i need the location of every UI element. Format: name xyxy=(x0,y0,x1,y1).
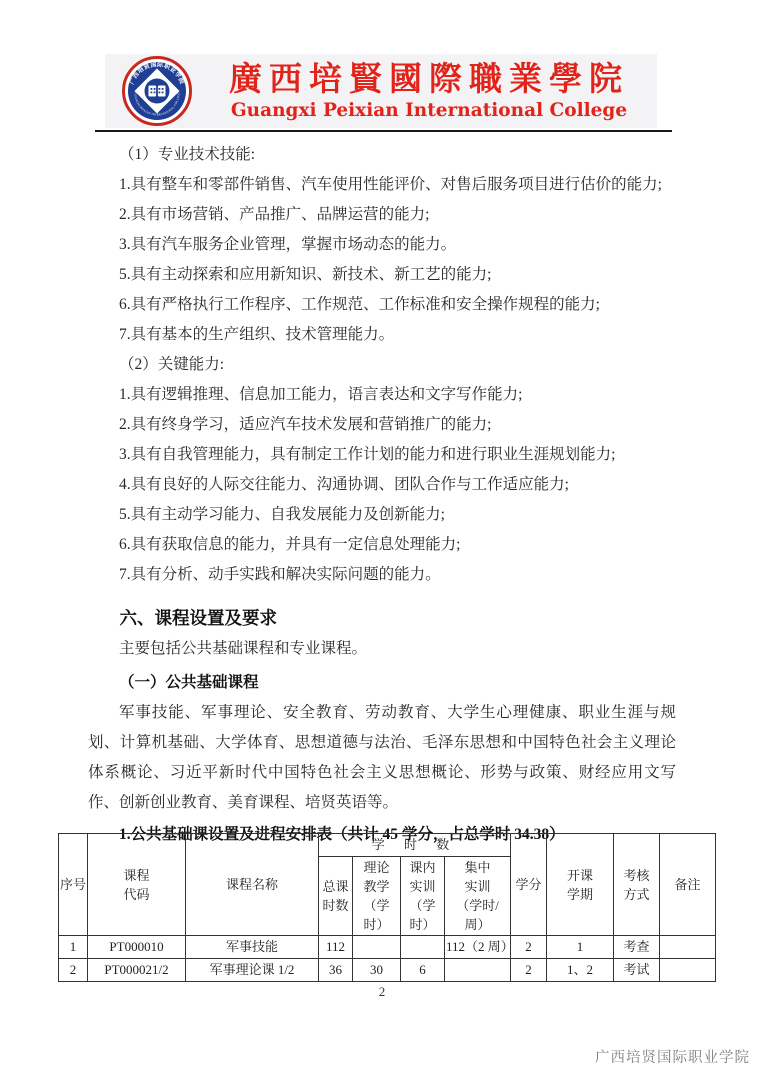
col-header-hours-group: 学 时 数 xyxy=(319,834,511,857)
list-item: 3.具有自我管理能力，具有制定工作计划的能力和进行职业生涯规划能力; xyxy=(88,440,676,470)
cell-remarks xyxy=(660,959,716,982)
col-header-remarks: 备注 xyxy=(660,834,716,936)
course-schedule-table: 序号 课程 代码 课程名称 学 时 数 学分 开课 学期 考核 方式 备注 总课… xyxy=(58,833,716,982)
course-list-paragraph: 军事技能、军事理论、安全教育、劳动教育、大学生心理健康、职业生涯与规划、计算机基… xyxy=(88,698,676,818)
cell-total: 36 xyxy=(319,959,353,982)
col-header-semester: 开课 学期 xyxy=(547,834,614,936)
list-item: 6.具有获取信息的能力，并具有一定信息处理能力; xyxy=(88,530,676,560)
list-item: 6.具有严格执行工作程序、工作规范、工作标准和安全操作规程的能力; xyxy=(88,290,676,320)
document-page: 广西培贤国际职业学院 GUANGXI PEIXIAN INTERNATIONAL… xyxy=(0,0,764,1080)
document-body: （1）专业技术技能: 1.具有整车和零部件销售、汽车使用性能评价、对售后服务项目… xyxy=(88,140,676,850)
college-title-en: Guangxi Peixian International College xyxy=(209,100,649,122)
list-item: 7.具有分析、动手实践和解决实际问题的能力。 xyxy=(88,560,676,590)
section-intro: 主要包括公共基础课程和专业课程。 xyxy=(88,634,676,664)
cell-theory: 30 xyxy=(353,959,401,982)
list-item: 2.具有市场营销、产品推广、品牌运营的能力; xyxy=(88,200,676,230)
cell-no: 1 xyxy=(59,936,88,959)
col-header-concentrated-hours: 集中 实训 （学时/ 周） xyxy=(445,857,511,936)
col-header-inclass-hours: 课内 实训 （学 时） xyxy=(401,857,445,936)
letterhead-banner: 广西培贤国际职业学院 GUANGXI PEIXIAN INTERNATIONAL… xyxy=(105,54,657,128)
cell-credits: 2 xyxy=(511,959,547,982)
list-item: 7.具有基本的生产组织、技术管理能力。 xyxy=(88,320,676,350)
cell-semester: 1、2 xyxy=(547,959,614,982)
list-item: 3.具有汽车服务企业管理，掌握市场动态的能力。 xyxy=(88,230,676,260)
list-item: 5.具有主动学习能力、自我发展能力及创新能力; xyxy=(88,500,676,530)
cell-code: PT000010 xyxy=(88,936,186,959)
col-header-theory-hours: 理论 教学 （学 时） xyxy=(353,857,401,936)
col-header-no: 序号 xyxy=(59,834,88,936)
col-header-name: 课程名称 xyxy=(186,834,319,936)
cell-code: PT000021/2 xyxy=(88,959,186,982)
col-header-code: 课程 代码 xyxy=(88,834,186,936)
cell-concentrated: 112（2 周） xyxy=(445,936,511,959)
page-number: 2 xyxy=(0,984,764,1000)
list-item: 1.具有整车和零部件销售、汽车使用性能评价、对售后服务项目进行估价的能力; xyxy=(88,170,676,200)
list-item: 1.具有逻辑推理、信息加工能力，语言表达和文字写作能力; xyxy=(88,380,676,410)
footer-watermark: 广西培贤国际职业学院 xyxy=(595,1046,750,1067)
college-title-zh: 廣西培賢國際職業學院 xyxy=(209,58,649,100)
cell-name: 军事技能 xyxy=(186,936,319,959)
list-item: 4.具有良好的人际交往能力、沟通协调、团队合作与工作适应能力; xyxy=(88,470,676,500)
cell-assessment: 考试 xyxy=(614,959,660,982)
list-item: 2.具有终身学习，适应汽车技术发展和营销推广的能力; xyxy=(88,410,676,440)
cell-inclass xyxy=(401,936,445,959)
letterhead-divider xyxy=(95,130,672,132)
cell-total: 112 xyxy=(319,936,353,959)
list1-title: （1）专业技术技能: xyxy=(88,140,676,170)
cell-theory xyxy=(353,936,401,959)
cell-name: 军事理论课 1/2 xyxy=(186,959,319,982)
list2-title: （2）关键能力: xyxy=(88,350,676,380)
table-row: 2 PT000021/2 军事理论课 1/2 36 30 6 2 1、2 考试 xyxy=(59,959,716,982)
college-titles: 廣西培賢國際職業學院 Guangxi Peixian International… xyxy=(209,58,649,122)
table-header-row-1: 序号 课程 代码 课程名称 学 时 数 学分 开课 学期 考核 方式 备注 xyxy=(59,834,716,857)
cell-semester: 1 xyxy=(547,936,614,959)
cell-credits: 2 xyxy=(511,936,547,959)
col-header-assessment: 考核 方式 xyxy=(614,834,660,936)
cell-inclass: 6 xyxy=(401,959,445,982)
section-heading: 六、课程设置及要求 xyxy=(88,602,676,634)
cell-concentrated xyxy=(445,959,511,982)
cell-no: 2 xyxy=(59,959,88,982)
list-item: 5.具有主动探索和应用新知识、新技术、新工艺的能力; xyxy=(88,260,676,290)
cell-assessment: 考查 xyxy=(614,936,660,959)
col-header-total-hours: 总课 时数 xyxy=(319,857,353,936)
col-header-credits: 学分 xyxy=(511,834,547,936)
table-row: 1 PT000010 军事技能 112 112（2 周） 2 1 考查 xyxy=(59,936,716,959)
cell-remarks xyxy=(660,936,716,959)
college-seal-icon: 广西培贤国际职业学院 GUANGXI PEIXIAN INTERNATIONAL… xyxy=(121,55,193,127)
subsection-heading: （一）公共基础课程 xyxy=(88,668,676,698)
